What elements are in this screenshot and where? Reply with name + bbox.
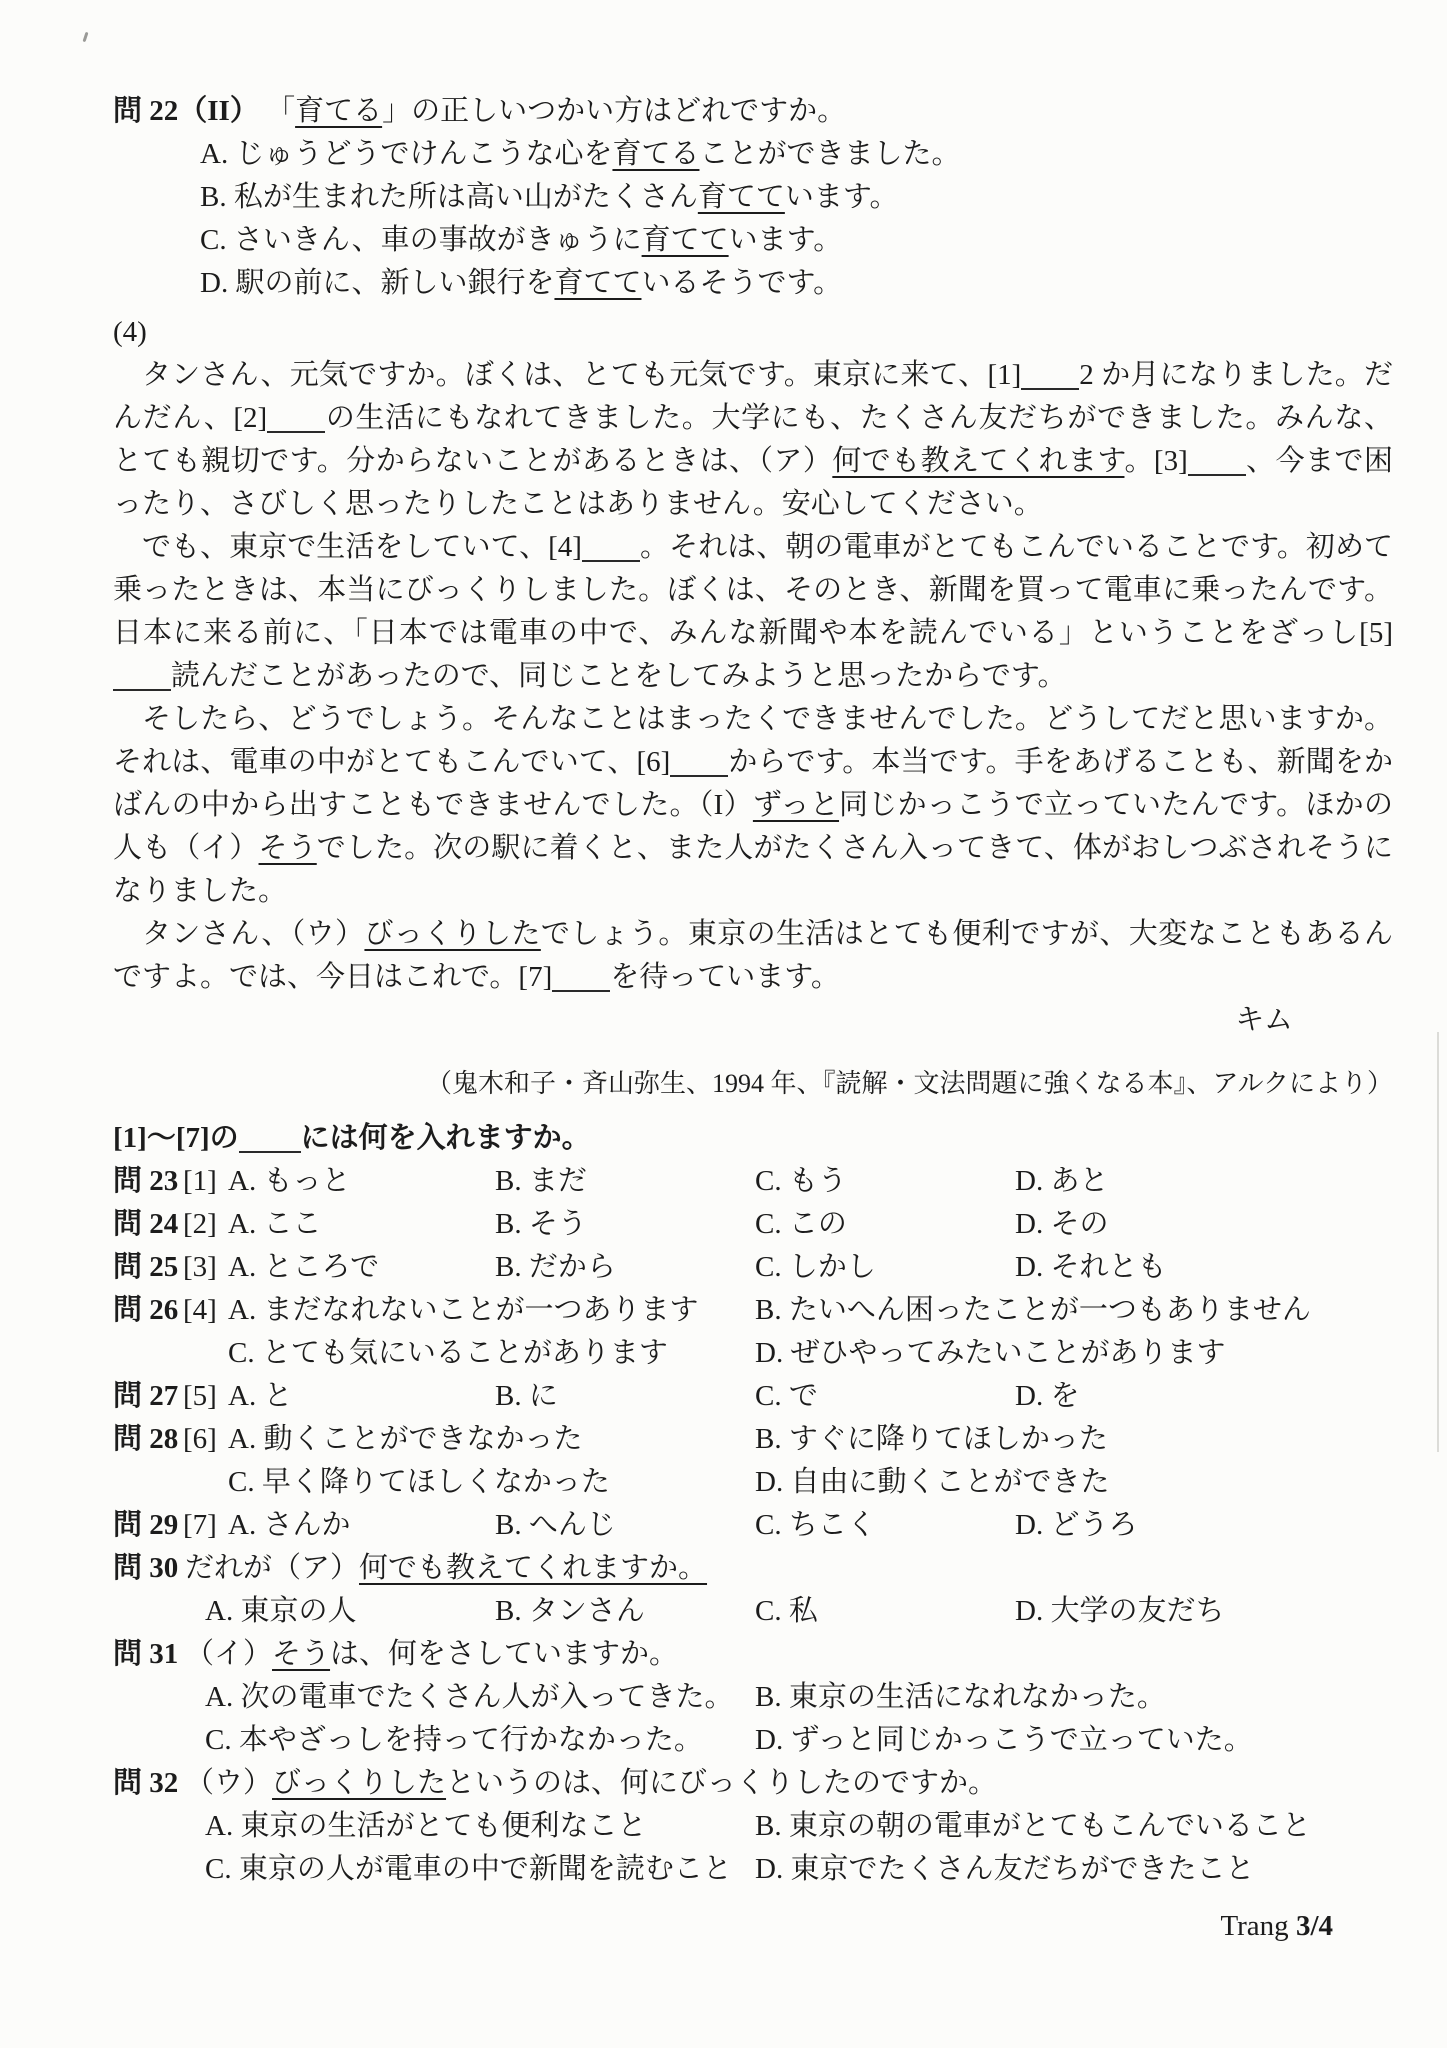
question-31-option-c: C. 本やざっしを持って行かなかった。 (205, 1719, 703, 1762)
question-25-row: 問 25 [3] A. ところで B. だから C. しかし D. それとも (113, 1246, 1393, 1289)
question-29-row: 問 29 [7] A. さんか B. へんじ C. ちこく D. どうろ (113, 1504, 1393, 1547)
question-22-option-b: B. 私が生まれた所は高い山がたくさん育てています。 (113, 176, 1393, 219)
question-23-row: 問 23 [1] A. もっと B. まだ C. もう D. あと (113, 1160, 1393, 1203)
scanned-exam-page: 問 22（II） 「育てる」の正しいつかい方はどれですか。 A. じゅうどうでけ… (0, 0, 1447, 2048)
question-25-blank-ref: [3] (183, 1246, 217, 1289)
question-23-option-c: C. もう (755, 1160, 847, 1203)
passage-paragraph-1: タンさん、元気ですか。ぼくは、とても元気です。東京に来て、[1]2 か月になりま… (113, 354, 1393, 526)
question-27-option-d: D. を (1015, 1375, 1079, 1418)
question-28-option-b: B. すぐに降りてほしかった (755, 1418, 1108, 1461)
passage-paragraph-3: そしたら、どうでしょう。そんなことはまったくできませんでした。どうしてだと思いま… (113, 698, 1393, 913)
question-32-option-c: C. 東京の人が電車の中で新聞を読むこと (205, 1848, 732, 1891)
question-26-number: 問 26 (113, 1289, 178, 1332)
question-28-row-2: C. 早く降りてほしくなかった D. 自由に動くことができた (113, 1461, 1393, 1504)
question-29-blank-ref: [7] (183, 1504, 217, 1547)
question-23-option-d: D. あと (1015, 1160, 1108, 1203)
question-24-number: 問 24 (113, 1203, 178, 1246)
question-31-number: 問 31 (113, 1633, 178, 1676)
question-24-option-b: B. そう (495, 1203, 587, 1246)
question-22-option-a: A. じゅうどうでけんこうな心を育てることができました。 (113, 133, 1393, 176)
question-24-option-c: C. この (755, 1203, 847, 1246)
question-28-option-d: D. 自由に動くことができた (755, 1461, 1109, 1504)
question-32-text: （ウ）びっくりしたというのは、何にびっくりしたのですか。 (185, 1762, 997, 1805)
passage-section-label: (4) (113, 311, 1393, 354)
question-26-option-d: D. ぜひやってみたいことがあります (755, 1332, 1225, 1375)
question-31-options-row-1: A. 次の電車でたくさん人が入ってきた。 B. 東京の生活になれなかった。 (113, 1676, 1393, 1719)
question-27-option-a: A. と (228, 1375, 292, 1418)
passage-paragraph-4: タンさん、（ウ）びっくりしたでしょう。東京の生活はとても便利ですが、大変なことも… (113, 913, 1393, 999)
passage-citation: （鬼木和子・斉山弥生、1994 年、『読解・文法問題に強くなる本』、アルクにより… (113, 1062, 1393, 1105)
question-31-text: （イ）そうは、何をさしていますか。 (185, 1633, 678, 1676)
question-32-label-row: 問 32 （ウ）びっくりしたというのは、何にびっくりしたのですか。 (113, 1762, 1393, 1805)
question-32-option-b: B. 東京の朝の電車がとてもこんでいること (755, 1805, 1311, 1848)
question-26-option-a: A. まだなれないことが一つあります (228, 1289, 698, 1332)
scan-edge-artifact (1437, 1032, 1439, 1452)
question-30-number: 問 30 (113, 1547, 178, 1590)
question-23-option-b: B. まだ (495, 1160, 587, 1203)
question-25-option-b: B. だから (495, 1246, 616, 1289)
question-31-options-row-2: C. 本やざっしを持って行かなかった。 D. ずっと同じかっこうで立っていた。 (113, 1719, 1393, 1762)
question-23-option-a: A. もっと (228, 1160, 350, 1203)
question-30-option-d: D. 大学の友だち (1015, 1590, 1224, 1633)
question-24-row: 問 24 [2] A. ここ B. そう C. この D. その (113, 1203, 1393, 1246)
question-24-option-a: A. ここ (228, 1203, 321, 1246)
question-30-text: だれが（ア）何でも教えてくれますか。 (185, 1547, 707, 1590)
passage-paragraph-2: でも、東京で生活をしていて、[4]。それは、朝の電車がとてもこんでいることです。… (113, 526, 1393, 698)
question-27-option-b: B. に (495, 1375, 558, 1418)
question-27-row: 問 27 [5] A. と B. に C. で D. を (113, 1375, 1393, 1418)
question-26-row-2: C. とても気にいることがあります D. ぜひやってみたいことがあります (113, 1332, 1393, 1375)
question-29-option-a: A. さんか (228, 1504, 350, 1547)
question-31-option-a: A. 次の電車でたくさん人が入ってきた。 (205, 1676, 733, 1719)
page-number: Trang 3/4 (113, 1905, 1393, 1948)
question-25-option-a: A. ところで (228, 1246, 379, 1289)
question-28-blank-ref: [6] (183, 1418, 217, 1461)
passage-signature: キム (113, 999, 1393, 1042)
question-30-option-c: C. 私 (755, 1590, 818, 1633)
question-29-option-b: B. へんじ (495, 1504, 616, 1547)
question-24-blank-ref: [2] (183, 1203, 217, 1246)
question-23-blank-ref: [1] (183, 1160, 217, 1203)
question-31-option-d: D. ずっと同じかっこうで立っていた。 (755, 1719, 1253, 1762)
question-32-options-row-1: A. 東京の生活がとても便利なこと B. 東京の朝の電車がとてもこんでいること (113, 1805, 1393, 1848)
scan-speck-artifact (83, 32, 89, 42)
question-31-option-b: B. 東京の生活になれなかった。 (755, 1676, 1166, 1719)
question-24-option-d: D. その (1015, 1203, 1108, 1246)
question-25-option-c: C. しかし (755, 1246, 876, 1289)
question-26-option-b: B. たいへん困ったことが一つもありません (755, 1289, 1311, 1332)
question-26-blank-ref: [4] (183, 1289, 217, 1332)
question-25-option-d: D. それとも (1015, 1246, 1166, 1289)
question-28-number: 問 28 (113, 1418, 178, 1461)
question-27-blank-ref: [5] (183, 1375, 217, 1418)
question-30-option-b: B. タンさん (495, 1590, 645, 1633)
question-28-row-1: 問 28 [6] A. 動くことができなかった B. すぐに降りてほしかった (113, 1418, 1393, 1461)
question-30-options-row: A. 東京の人 B. タンさん C. 私 D. 大学の友だち (113, 1590, 1393, 1633)
question-32-option-d: D. 東京でたくさん友だちができたこと (755, 1848, 1254, 1891)
question-29-number: 問 29 (113, 1504, 178, 1547)
question-30-label-row: 問 30 だれが（ア）何でも教えてくれますか。 (113, 1547, 1393, 1590)
question-27-option-c: C. で (755, 1375, 818, 1418)
question-32-number: 問 32 (113, 1762, 178, 1805)
question-28-option-c: C. 早く降りてほしくなかった (228, 1461, 610, 1504)
question-26-option-c: C. とても気にいることがあります (228, 1332, 668, 1375)
question-32-option-a: A. 東京の生活がとても便利なこと (205, 1805, 646, 1848)
question-28-option-a: A. 動くことができなかった (228, 1418, 582, 1461)
quiz-instruction: [1]～[7]のには何を入れますか。 (113, 1117, 1393, 1160)
question-22-title: 問 22（II） 「育てる」の正しいつかい方はどれですか。 (113, 90, 1393, 133)
question-25-number: 問 25 (113, 1246, 178, 1289)
page-content: 問 22（II） 「育てる」の正しいつかい方はどれですか。 A. じゅうどうでけ… (113, 90, 1393, 1948)
question-32-options-row-2: C. 東京の人が電車の中で新聞を読むこと D. 東京でたくさん友だちができたこと (113, 1848, 1393, 1891)
question-23-number: 問 23 (113, 1160, 178, 1203)
question-22-option-d: D. 駅の前に、新しい銀行を育てているそうです。 (113, 262, 1393, 305)
question-29-option-c: C. ちこく (755, 1504, 876, 1547)
question-30-option-a: A. 東京の人 (205, 1590, 356, 1633)
question-22-option-c: C. さいきん、車の事故がきゅうに育てています。 (113, 219, 1393, 262)
question-31-label-row: 問 31 （イ）そうは、何をさしていますか。 (113, 1633, 1393, 1676)
question-27-number: 問 27 (113, 1375, 178, 1418)
question-26-row-1: 問 26 [4] A. まだなれないことが一つあります B. たいへん困ったこと… (113, 1289, 1393, 1332)
question-29-option-d: D. どうろ (1015, 1504, 1137, 1547)
